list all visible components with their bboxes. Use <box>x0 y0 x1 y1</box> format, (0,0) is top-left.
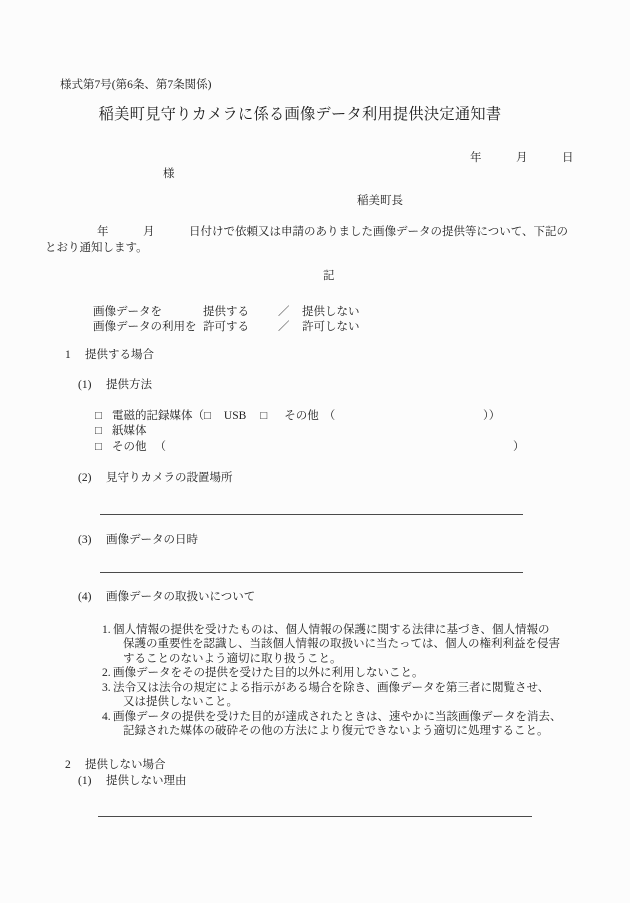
form-number: 様式第7号(第6条、第7条関係) <box>60 78 555 94</box>
checkbox-electronic-media[interactable]: □ <box>95 409 102 425</box>
method-label-electronic: 電磁的記録媒体 <box>112 410 193 422</box>
paren-open: （ <box>154 441 166 453</box>
record-heading: 記 <box>323 269 555 285</box>
list-item-line: することのないよう適切に取り扱うこと。 <box>102 652 555 667</box>
list-item-number: 4. <box>102 710 113 725</box>
sub-title: 画像データの取扱いについて <box>106 591 255 603</box>
list-item-line: 保護の重要性を認識し、当該個人情報の取扱いに当たっては、個人の権利利益を侵害 <box>102 637 555 652</box>
list-item-number: 1. <box>102 623 113 638</box>
checkbox-usb[interactable]: □ <box>204 409 211 425</box>
section-title: 提供する場合 <box>85 349 154 361</box>
list-item-line: 又は提供しないこと。 <box>102 695 555 710</box>
decision-option-not-provide: 提供しない <box>302 305 360 321</box>
permit-decision-row: 画像データの利用を 許可する ／ 許可しない <box>93 320 555 336</box>
list-item-number: 3. <box>102 681 113 696</box>
method-options-list: □電磁的記録媒体（□USB□その他（）） □紙媒体 □その他（） <box>95 409 555 456</box>
section-number: 1 <box>65 348 85 364</box>
checkbox-electronic-other[interactable]: □ <box>260 409 267 425</box>
method-label-electronic-other: その他 <box>284 410 319 422</box>
method-label-usb: USB <box>224 410 246 422</box>
notice-line: 年 月 日付けで依頼又は申請のありました画像データの提供等について、下記の <box>45 225 555 241</box>
document-title: 稲美町見守りカメラに係る画像データ利用提供決定通知書 <box>45 105 555 124</box>
decision-option-permit: 許可する <box>203 320 278 336</box>
sub-number: (3) <box>78 533 106 549</box>
handling-rules-list: 1.個人情報の提供を受けたものは、個人情報の保護に関する法律に基づき、個人情報の… <box>102 623 555 739</box>
list-item-line: 記録された媒体の破砕その他の方法により復元できないよう適切に処理すること。 <box>102 724 555 739</box>
method-label-other: その他 <box>112 441 147 453</box>
slash-separator: ／ <box>278 305 302 321</box>
paren-close: ）） <box>483 409 500 425</box>
list-item-line: 2.画像データをその提供を受けた目的以外に利用しないこと。 <box>102 666 555 681</box>
section-provide-heading: 1提供する場合 <box>65 348 555 364</box>
sub-number: (4) <box>78 590 106 606</box>
image-datetime-fill-field[interactable] <box>100 572 523 573</box>
decision-table: 画像データを 提供する ／ 提供しない 画像データの利用を 許可する ／ 許可し… <box>93 305 555 336</box>
sub-heading-image-datetime: (3)画像データの日時 <box>78 533 555 549</box>
provide-decision-row: 画像データを 提供する ／ 提供しない <box>93 305 555 321</box>
paren-open: （ <box>324 410 336 422</box>
notice-paragraph: 年 月 日付けで依頼又は申請のありました画像データの提供等について、下記の とお… <box>45 225 555 256</box>
decision-option-not-permit: 許可しない <box>302 320 360 336</box>
sub-title: 画像データの日時 <box>106 534 198 546</box>
section-title: 提供しない場合 <box>85 759 166 771</box>
section-number: 2 <box>65 758 85 774</box>
slash-separator: ／ <box>278 320 302 336</box>
sub-title: 提供方法 <box>106 379 152 391</box>
sub-number: (2) <box>78 471 106 487</box>
method-row-paper: □紙媒体 <box>95 424 555 440</box>
section-no-provide-heading: 2提供しない場合 <box>65 758 555 774</box>
list-item-line: 4.画像データの提供を受けた目的が達成されたときは、速やかに当該画像データを消去… <box>102 710 555 725</box>
sub-heading-data-handling: (4)画像データの取扱いについて <box>78 590 555 606</box>
notification-form-page: 様式第7号(第6条、第7条関係) 稲美町見守りカメラに係る画像データ利用提供決定… <box>0 0 630 903</box>
issue-date-line: 年 月 日 <box>470 151 555 167</box>
sub-title: 提供しない理由 <box>106 775 187 787</box>
decision-option-provide: 提供する <box>203 305 278 321</box>
sub-heading-method: (1)提供方法 <box>78 378 555 394</box>
list-item-line: 1.個人情報の提供を受けたものは、個人情報の保護に関する法律に基づき、個人情報の <box>102 623 555 638</box>
method-label-paper: 紙媒体 <box>112 425 147 437</box>
list-item: 4.画像データの提供を受けた目的が達成されたときは、速やかに当該画像データを消去… <box>102 710 555 739</box>
sender-title: 稲美町長 <box>357 194 555 210</box>
list-item-number: 2. <box>102 666 113 681</box>
notice-line: とおり通知します。 <box>45 241 555 257</box>
method-row-electronic: □電磁的記録媒体（□USB□その他（）） <box>95 409 555 425</box>
no-provide-reason-fill-field[interactable] <box>98 816 532 817</box>
sub-heading-no-provide-reason: (1)提供しない理由 <box>78 774 555 790</box>
sub-number: (1) <box>78 774 106 790</box>
sub-title: 見守りカメラの設置場所 <box>106 472 233 484</box>
list-item: 3.法令又は法令の規定による指示がある場合を除き、画像データを第三者に閲覧させ、… <box>102 681 555 710</box>
paren-close: ） <box>513 440 525 456</box>
addressee-honorific: 様 <box>163 167 555 183</box>
paren-open: （ <box>192 410 204 422</box>
list-item: 1.個人情報の提供を受けたものは、個人情報の保護に関する法律に基づき、個人情報の… <box>102 623 555 667</box>
list-item-line: 3.法令又は法令の規定による指示がある場合を除き、画像データを第三者に閲覧させ、 <box>102 681 555 696</box>
sub-heading-camera-location: (2)見守りカメラの設置場所 <box>78 471 555 487</box>
list-item: 2.画像データをその提供を受けた目的以外に利用しないこと。 <box>102 666 555 681</box>
camera-location-fill-field[interactable] <box>100 514 523 515</box>
checkbox-other-media[interactable]: □ <box>95 440 102 456</box>
decision-label: 画像データの利用を <box>93 320 203 336</box>
sub-number: (1) <box>78 378 106 394</box>
decision-label: 画像データを <box>93 305 203 321</box>
checkbox-paper-media[interactable]: □ <box>95 424 102 440</box>
method-row-other: □その他（） <box>95 440 555 456</box>
